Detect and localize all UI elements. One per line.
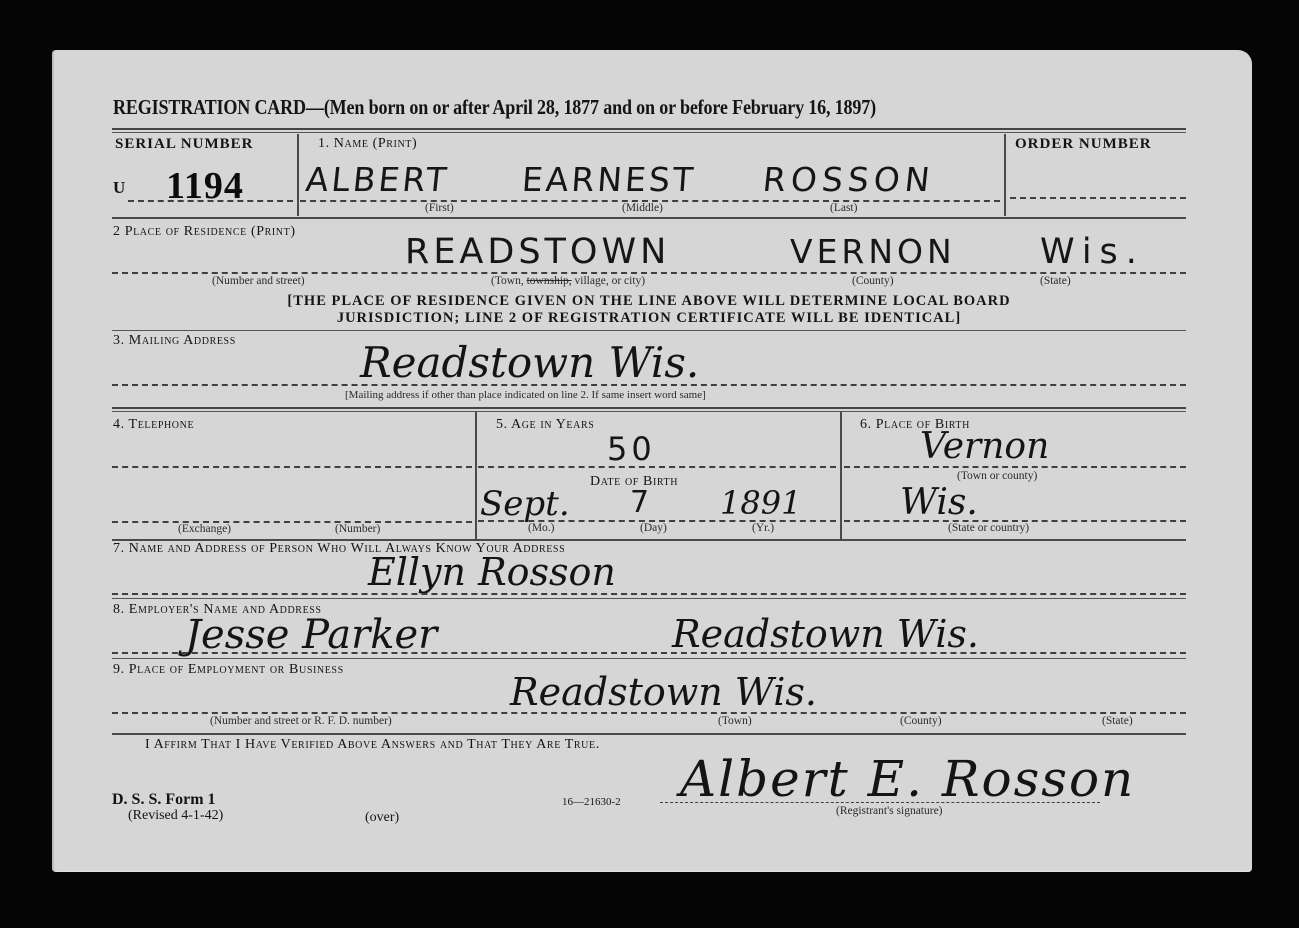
signature-caption: (Registrant's signature)	[836, 805, 943, 817]
serial-prefix: U	[113, 178, 125, 198]
divider	[112, 658, 1186, 659]
caption-state: (State)	[1102, 715, 1133, 727]
residence-note-line2: JURISDICTION; LINE 2 OF REGISTRATION CER…	[112, 310, 1186, 327]
birthplace-town-line	[844, 466, 1186, 468]
employment-place-value: Readstown Wis.	[510, 670, 817, 714]
caption-town: (Town, township, village, or city)	[491, 275, 645, 287]
caption-county: (County)	[900, 715, 942, 727]
mailing-line	[112, 384, 1186, 386]
contact-line	[112, 593, 1186, 595]
caption-street: (Number and street)	[212, 275, 305, 287]
telephone-line-1	[112, 466, 472, 468]
telephone-line-2	[112, 521, 472, 523]
employment-place-label: 9. Place of Employment or Business	[113, 662, 344, 678]
divider	[840, 412, 842, 539]
caption-last: (Last)	[830, 202, 857, 214]
caption-middle: (Middle)	[622, 202, 663, 214]
caption-first: (First)	[425, 202, 454, 214]
dob-month: Sept.	[480, 484, 570, 524]
residence-town: READSTOWN	[405, 232, 670, 272]
divider	[112, 598, 1186, 599]
age-label: 5. Age in Years	[496, 417, 594, 433]
mailing-caption: [Mailing address if other than place ind…	[345, 389, 706, 401]
form-revised: (Revised 4-1-42)	[128, 808, 223, 824]
affirmation-text: I Affirm That I Have Verified Above Answ…	[145, 737, 600, 753]
caption-county: (County)	[852, 275, 894, 287]
divider	[1004, 134, 1006, 216]
caption-day: (Day)	[640, 522, 667, 534]
name-middle: EARNEST	[521, 160, 698, 199]
caption-month: (Mo.)	[528, 522, 555, 534]
mailing-address-value: Readstown Wis.	[360, 338, 699, 387]
divider	[112, 330, 1186, 331]
contact-value: Ellyn Rosson	[368, 550, 616, 594]
caption-street-rfd: (Number and street or R. F. D. number)	[210, 715, 392, 727]
employment-line	[112, 712, 1186, 714]
mailing-address-label: 3. Mailing Address	[113, 333, 236, 349]
registrant-signature: Albert E. Rosson	[680, 750, 1135, 808]
signature-line	[660, 802, 1100, 803]
caption-state: (State)	[1040, 275, 1071, 287]
caption-town: (Town)	[718, 715, 752, 727]
form-name: D. S. S. Form 1	[112, 791, 216, 809]
employer-line	[112, 652, 1186, 654]
age-line	[478, 466, 836, 468]
name-label: 1. Name (Print)	[318, 136, 417, 152]
residence-line	[112, 272, 1186, 274]
residence-county: VERNON	[790, 232, 956, 271]
divider	[297, 134, 299, 216]
caption-year: (Yr.)	[752, 522, 774, 534]
serial-number-label: SERIAL NUMBER	[115, 136, 253, 153]
divider	[112, 128, 1186, 133]
residence-label: 2 Place of Residence (Print)	[113, 224, 296, 240]
caption-number: (Number)	[335, 523, 380, 535]
caption-state-or-country: (State or country)	[948, 522, 1029, 534]
employer-address: Readstown Wis.	[672, 612, 979, 656]
caption-exchange: (Exchange)	[178, 523, 231, 535]
title-main: REGISTRATION CARD—	[113, 95, 324, 119]
divider	[475, 412, 477, 539]
birthplace-state: Wis.	[900, 482, 978, 523]
birthplace-town: Vernon	[920, 426, 1049, 467]
title-eligibility: (Men born on or after April 28, 1877 and…	[324, 95, 876, 119]
over-indicator: (over)	[365, 810, 399, 826]
name-first: ALBERT	[304, 160, 451, 199]
serial-line	[128, 200, 293, 202]
dob-day: 7	[630, 485, 649, 520]
divider	[112, 733, 1186, 735]
telephone-label: 4. Telephone	[113, 417, 194, 433]
divider	[112, 407, 1186, 412]
name-last: ROSSON	[761, 160, 937, 199]
residence-note-line1: [THE PLACE OF RESIDENCE GIVEN ON THE LIN…	[112, 293, 1186, 310]
dob-year: 1891	[720, 484, 801, 522]
divider	[112, 217, 1186, 219]
residence-state: Wis.	[1040, 232, 1145, 272]
order-number-label: ORDER NUMBER	[1015, 136, 1152, 153]
age-value: 50	[607, 430, 656, 468]
caption-town-or-county: (Town or county)	[957, 470, 1037, 482]
card-title: REGISTRATION CARD—(Men born on or after …	[113, 95, 876, 120]
print-code: 16—21630-2	[562, 796, 621, 808]
order-number-line	[1010, 197, 1186, 199]
